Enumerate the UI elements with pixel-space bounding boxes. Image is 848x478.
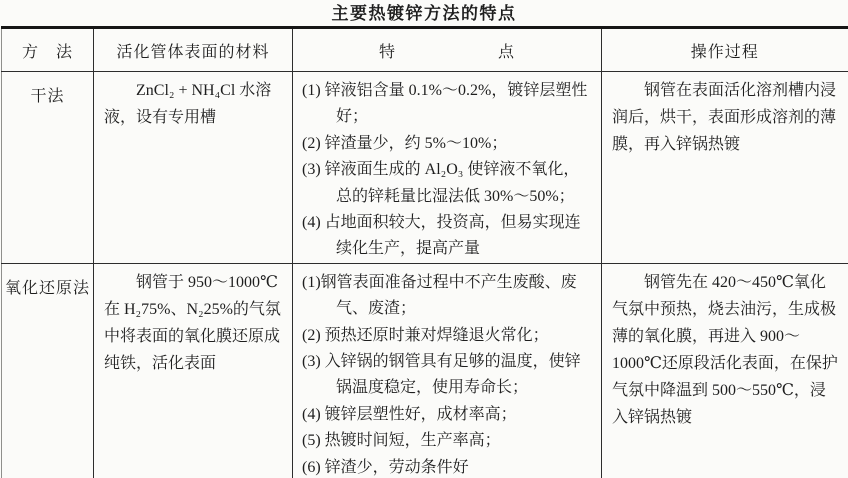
cell-features: (1) 锌液铝含量 0.1%～0.2%，镀锌层塑性好； (2) 锌渣量少，约 5… — [293, 72, 602, 264]
col-header-process: 操作过程 — [602, 28, 848, 72]
col-header-method: 方 法 — [2, 28, 94, 72]
page-title: 主要热镀锌方法的特点 — [0, 0, 848, 26]
material-text: ZnCl₂ + NH₄Cl 水溶液，设有专用槽 — [104, 77, 284, 131]
table-row-redox-method: 氧化还原法 钢管于 950～1000℃在 H₂75%、N₂25%的气氛中将表面的… — [2, 263, 848, 478]
col-header-features: 特 点 — [293, 28, 602, 72]
feature-item: (1)钢管表面准备过程中不产生废酸、废气、废渣； — [302, 270, 595, 323]
feature-item: (4) 镀锌层塑性好，成材率高； — [302, 402, 595, 428]
feature-item: (3) 入锌锅的钢管具有足够的温度，使锌锅温度稳定，使用寿命长； — [302, 349, 595, 402]
cell-process: 钢管先在 420～450℃氧化气氛中预热，烧去油污，生成极薄的氧化膜，再进入 9… — [602, 263, 848, 478]
table-header-row: 方 法 活化管体表面的材料 特 点 操作过程 — [2, 28, 848, 72]
feature-item: (3) 锌液面生成的 Al₂O₃ 使锌液不氧化，总的锌耗量比湿法低 30%～50… — [302, 157, 595, 210]
cell-method: 氧化还原法 — [2, 263, 94, 478]
feature-item: (2) 预热还原时兼对焊缝退火常化； — [302, 323, 595, 349]
feature-item: (6) 锌渣少，劳动条件好 — [302, 455, 595, 478]
cell-material: ZnCl₂ + NH₄Cl 水溶液，设有专用槽 — [94, 72, 293, 264]
cell-features: (1)钢管表面准备过程中不产生废酸、废气、废渣； (2) 预热还原时兼对焊缝退火… — [293, 263, 602, 478]
process-text: 钢管先在 420～450℃氧化气氛中预热，烧去油污，生成极薄的氧化膜，再进入 9… — [612, 269, 839, 431]
galvanizing-methods-table: 方 法 活化管体表面的材料 特 点 操作过程 干法 ZnCl₂ + NH₄Cl … — [1, 26, 848, 478]
cell-method: 干法 — [2, 72, 94, 264]
feature-item: (4) 占地面积较大，投资高，但易实现连续化生产，提高产量 — [302, 210, 595, 263]
process-text: 钢管在表面活化溶剂槽内浸润后，烘干，表面形成溶剂的薄膜，再入锌锅热镀 — [612, 77, 839, 158]
feature-item: (5) 热镀时间短，生产率高； — [302, 428, 595, 454]
cell-process: 钢管在表面活化溶剂槽内浸润后，烘干，表面形成溶剂的薄膜，再入锌锅热镀 — [602, 72, 848, 264]
material-text: 钢管于 950～1000℃在 H₂75%、N₂25%的气氛中将表面的氧化膜还原成… — [104, 269, 284, 377]
table-row-dry-method: 干法 ZnCl₂ + NH₄Cl 水溶液，设有专用槽 (1) 锌液铝含量 0.1… — [2, 72, 848, 264]
cell-material: 钢管于 950～1000℃在 H₂75%、N₂25%的气氛中将表面的氧化膜还原成… — [94, 263, 293, 478]
feature-item: (2) 锌渣量少，约 5%～10%； — [302, 131, 595, 157]
col-header-material: 活化管体表面的材料 — [94, 28, 293, 72]
feature-item: (1) 锌液铝含量 0.1%～0.2%，镀锌层塑性好； — [302, 78, 595, 131]
